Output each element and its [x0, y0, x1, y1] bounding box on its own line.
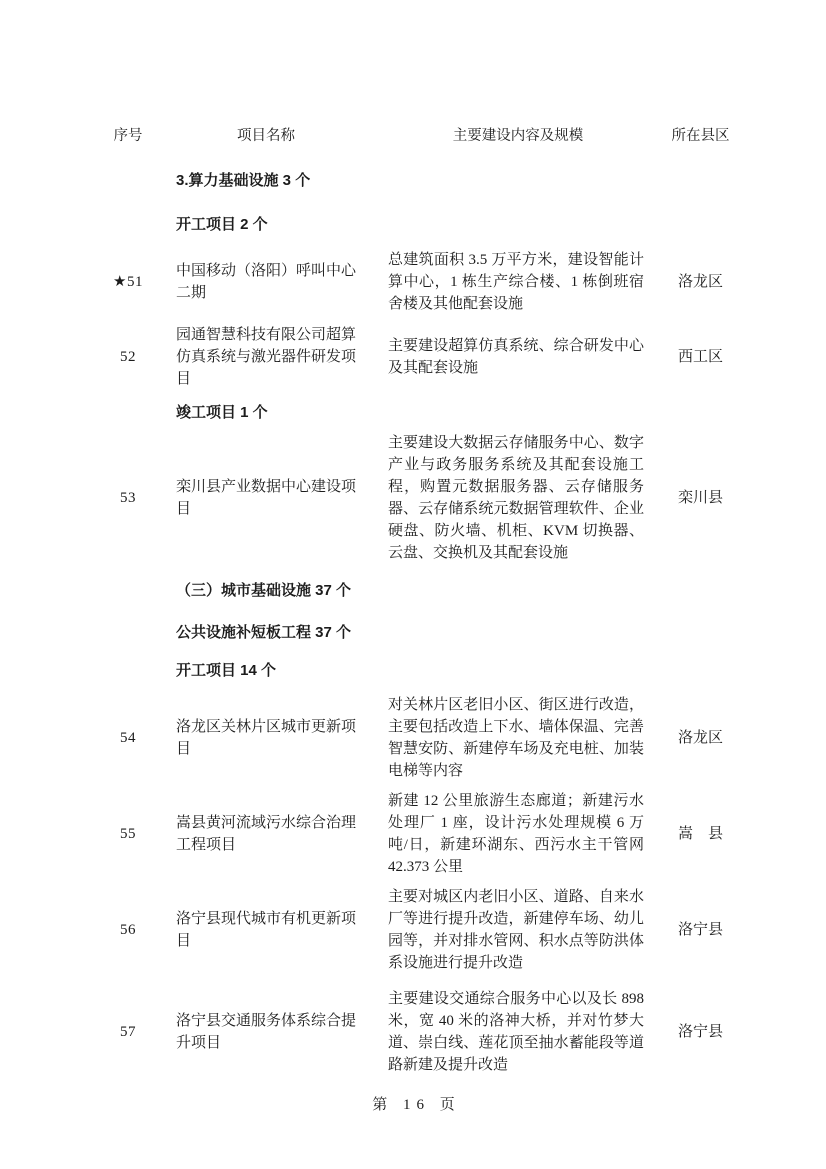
- project-name: 嵩县黄河流域污水综合治理工程项目: [160, 812, 372, 856]
- row-number: 55: [96, 823, 160, 845]
- table-row: 55 嵩县黄河流域污水综合治理工程项目 新建 12 公里旅游生态廊道；新建污水处…: [96, 790, 737, 878]
- row-number: 52: [96, 346, 160, 368]
- project-name: 栾川县产业数据中心建设项目: [160, 476, 372, 520]
- section-heading: （三）城市基础设施 37 个: [176, 580, 737, 602]
- project-content: 主要对城区内老旧小区、道路、自来水厂等进行提升改造，新建停车场、幼儿园等，并对排…: [372, 886, 664, 974]
- table-row: ★51 中国移动（洛阳）呼叫中心二期 总建筑面积 3.5 万平方米，建设智能计算…: [96, 248, 737, 316]
- project-content: 总建筑面积 3.5 万平方米，建设智能计算中心，1 栋生产综合楼、1 栋倒班宿舍…: [372, 249, 664, 315]
- table-row: 53 栾川县产业数据中心建设项目 主要建设大数据云存储服务中心、数字产业与政务服…: [96, 432, 737, 564]
- document-page: 序号 项目名称 主要建设内容及规模 所在县区 3.算力基础设施 3 个 开工项目…: [0, 0, 826, 1169]
- subsection-heading: 开工项目 14 个: [176, 660, 737, 682]
- table-row: 52 园通智慧科技有限公司超算仿真系统与激光器件研发项目 主要建设超算仿真系统、…: [96, 324, 737, 390]
- project-district: 嵩 县: [664, 823, 737, 845]
- column-header-district: 所在县区: [664, 125, 737, 147]
- project-content: 新建 12 公里旅游生态廊道；新建污水处理厂 1 座，设计污水处理规模 6 万吨…: [372, 790, 664, 878]
- project-district: 洛龙区: [664, 727, 737, 749]
- subsection-heading: 竣工项目 1 个: [176, 402, 737, 424]
- table-row: 56 洛宁县现代城市有机更新项目 主要对城区内老旧小区、道路、自来水厂等进行提升…: [96, 886, 737, 974]
- column-header-content: 主要建设内容及规模: [372, 125, 664, 147]
- project-content: 主要建设大数据云存储服务中心、数字产业与政务服务系统及其配套设施工程，购置元数据…: [372, 432, 664, 564]
- project-district: 洛宁县: [664, 1021, 737, 1043]
- row-number: 56: [96, 919, 160, 941]
- page-number: 第 16 页: [96, 1094, 737, 1116]
- project-district: 栾川县: [664, 487, 737, 509]
- project-name: 中国移动（洛阳）呼叫中心二期: [160, 260, 372, 304]
- subsection-heading: 公共设施补短板工程 37 个: [176, 622, 737, 644]
- column-header-name: 项目名称: [160, 125, 372, 147]
- row-number: 53: [96, 487, 160, 509]
- row-number: ★51: [96, 271, 160, 293]
- table-row: 57 洛宁县交通服务体系综合提升项目 主要建设交通综合服务中心以及长 898 米…: [96, 988, 737, 1076]
- column-header-no: 序号: [96, 125, 160, 147]
- project-content: 对关林片区老旧小区、街区进行改造，主要包括改造上下水、墙体保温、完善智慧安防、新…: [372, 694, 664, 782]
- row-number: 54: [96, 727, 160, 749]
- table-row: 54 洛龙区关林片区城市更新项目 对关林片区老旧小区、街区进行改造，主要包括改造…: [96, 694, 737, 782]
- project-district: 洛龙区: [664, 271, 737, 293]
- table-header-row: 序号 项目名称 主要建设内容及规模 所在县区: [96, 125, 737, 147]
- table: 序号 项目名称 主要建设内容及规模 所在县区 3.算力基础设施 3 个 开工项目…: [96, 125, 737, 1116]
- project-district: 西工区: [664, 346, 737, 368]
- subsection-heading: 开工项目 2 个: [176, 214, 737, 236]
- section-heading: 3.算力基础设施 3 个: [176, 170, 737, 192]
- project-name: 洛龙区关林片区城市更新项目: [160, 716, 372, 760]
- project-name: 园通智慧科技有限公司超算仿真系统与激光器件研发项目: [160, 324, 372, 390]
- project-district: 洛宁县: [664, 919, 737, 941]
- project-name: 洛宁县交通服务体系综合提升项目: [160, 1010, 372, 1054]
- project-name: 洛宁县现代城市有机更新项目: [160, 908, 372, 952]
- row-number: 57: [96, 1021, 160, 1043]
- project-content: 主要建设超算仿真系统、综合研发中心及其配套设施: [372, 335, 664, 379]
- project-content: 主要建设交通综合服务中心以及长 898 米，宽 40 米的洛神大桥，并对竹梦大道…: [372, 988, 664, 1076]
